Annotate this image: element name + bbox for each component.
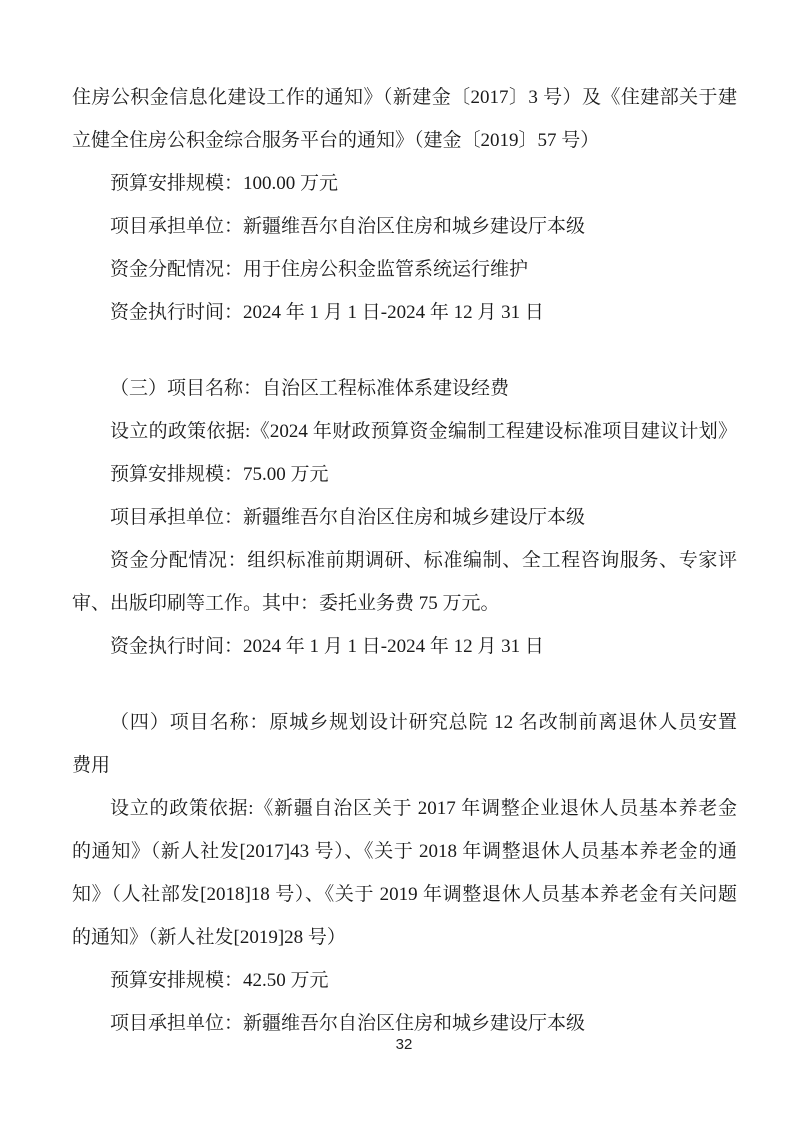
- document-line: 审、出版印刷等工作。其中：委托业务费 75 万元。: [72, 582, 737, 625]
- document-line: 预算安排规模：100.00 万元: [72, 162, 737, 205]
- page-footer: 32: [0, 1036, 808, 1054]
- document-page: 住房公积金信息化建设工作的通知》（新建金〔2017〕3 号）及《住建部关于建立健…: [0, 0, 808, 1143]
- document-line: 设立的政策依据:《2024 年财政预算资金编制工程建设标准项目建议计划》: [72, 410, 737, 453]
- document-line: 费用: [72, 744, 737, 787]
- document-body: 住房公积金信息化建设工作的通知》（新建金〔2017〕3 号）及《住建部关于建立健…: [72, 76, 737, 1045]
- document-line: 立健全住房公积金综合服务平台的通知》（建金〔2019〕57 号）: [72, 119, 737, 162]
- document-line: 的通知》（新人社发[2017]43 号）、《关于 2018 年调整退休人员基本养…: [72, 830, 737, 873]
- page-number: 32: [396, 1036, 413, 1053]
- document-line: 预算安排规模：75.00 万元: [72, 453, 737, 496]
- document-line: 资金执行时间：2024 年 1 月 1 日-2024 年 12 月 31 日: [72, 625, 737, 668]
- document-line: 预算安排规模：42.50 万元: [72, 959, 737, 1002]
- document-line: 住房公积金信息化建设工作的通知》（新建金〔2017〕3 号）及《住建部关于建: [72, 76, 737, 119]
- document-line: 项目承担单位：新疆维吾尔自治区住房和城乡建设厅本级: [72, 496, 737, 539]
- document-line: 资金执行时间：2024 年 1 月 1 日-2024 年 12 月 31 日: [72, 291, 737, 334]
- document-line: 知》（人社部发[2018]18 号）、《关于 2019 年调整退休人员基本养老金…: [72, 873, 737, 916]
- document-line: 资金分配情况：组织标准前期调研、标准编制、全工程咨询服务、专家评: [72, 539, 737, 582]
- document-line: 的通知》（新人社发[2019]28 号）: [72, 916, 737, 959]
- document-line: （三）项目名称：自治区工程标准体系建设经费: [72, 367, 737, 410]
- document-line: 资金分配情况：用于住房公积金监管系统运行维护: [72, 248, 737, 291]
- document-line: （四）项目名称：原城乡规划设计研究总院 12 名改制前离退休人员安置: [72, 701, 737, 744]
- document-line: 项目承担单位：新疆维吾尔自治区住房和城乡建设厅本级: [72, 205, 737, 248]
- document-line: 设立的政策依据:《新疆自治区关于 2017 年调整企业退休人员基本养老金: [72, 787, 737, 830]
